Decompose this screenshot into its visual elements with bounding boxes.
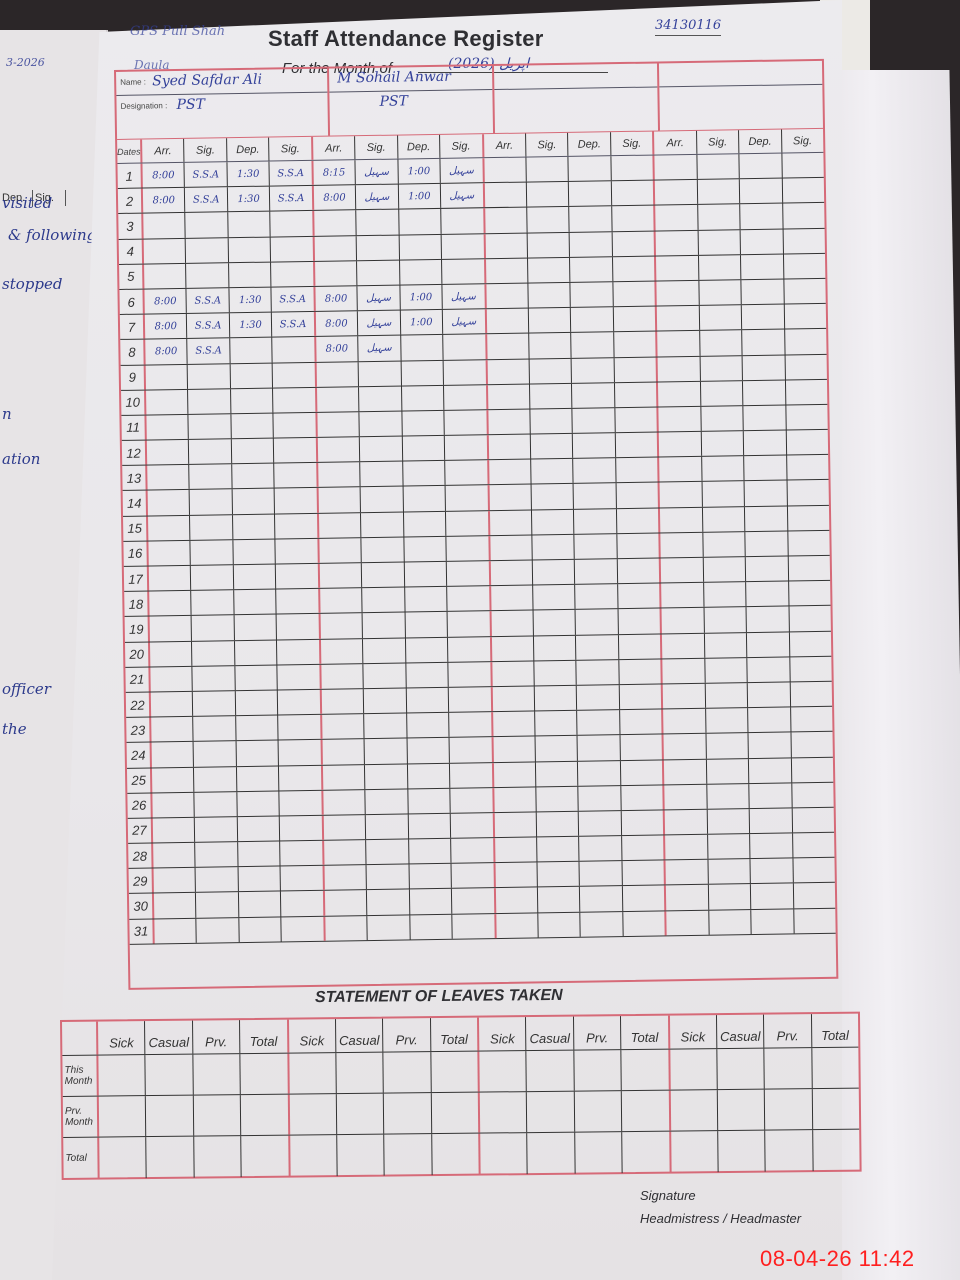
- attendance-cell[interactable]: [747, 607, 790, 632]
- leaves-cell[interactable]: [241, 1095, 288, 1135]
- attendance-cell[interactable]: [528, 258, 571, 283]
- attendance-cell[interactable]: [405, 612, 448, 637]
- attendance-cell[interactable]: [576, 610, 619, 635]
- attendance-cell[interactable]: [366, 789, 409, 814]
- attendance-cell[interactable]: [746, 582, 789, 607]
- attendance-cell[interactable]: [580, 861, 623, 886]
- attendance-cell[interactable]: [791, 707, 833, 732]
- attendance-cell[interactable]: سہیل: [358, 285, 401, 310]
- attendance-cell[interactable]: [620, 684, 662, 709]
- leaves-cell[interactable]: [147, 1137, 195, 1178]
- attendance-cell[interactable]: [622, 810, 664, 835]
- leaves-cell[interactable]: [528, 1133, 576, 1174]
- attendance-cell[interactable]: [238, 867, 281, 892]
- attendance-cell[interactable]: [612, 181, 654, 206]
- attendance-cell[interactable]: [150, 616, 193, 641]
- attendance-cell[interactable]: [665, 810, 708, 835]
- attendance-cell[interactable]: [747, 657, 790, 682]
- attendance-cell[interactable]: [445, 435, 487, 460]
- attendance-cell[interactable]: [665, 835, 708, 860]
- leaves-cell[interactable]: [717, 1049, 765, 1089]
- attendance-cell[interactable]: [698, 205, 741, 230]
- attendance-cell[interactable]: [489, 510, 532, 535]
- attendance-cell[interactable]: [404, 562, 447, 587]
- attendance-cell[interactable]: [666, 885, 709, 910]
- attendance-cell[interactable]: [786, 380, 828, 405]
- attendance-cell[interactable]: [494, 787, 537, 812]
- attendance-cell[interactable]: [749, 733, 792, 758]
- attendance-cell[interactable]: [196, 893, 239, 918]
- attendance-cell[interactable]: [236, 741, 279, 766]
- attendance-cell[interactable]: [403, 486, 446, 511]
- attendance-cell[interactable]: [406, 663, 449, 688]
- attendance-cell[interactable]: [147, 465, 190, 490]
- attendance-cell[interactable]: [143, 213, 186, 238]
- attendance-cell[interactable]: [489, 485, 532, 510]
- attendance-cell[interactable]: [579, 836, 622, 861]
- attendance-cell[interactable]: [274, 438, 316, 463]
- attendance-cell[interactable]: [486, 258, 529, 283]
- attendance-cell[interactable]: [231, 363, 274, 388]
- attendance-cell[interactable]: [616, 433, 658, 458]
- attendance-cell[interactable]: 8:00: [314, 185, 357, 210]
- attendance-cell[interactable]: [323, 815, 366, 840]
- attendance-cell[interactable]: [751, 909, 794, 934]
- attendance-cell[interactable]: [317, 387, 360, 412]
- attendance-cell[interactable]: [447, 586, 489, 611]
- attendance-cell[interactable]: [623, 911, 665, 936]
- attendance-cell[interactable]: [403, 461, 446, 486]
- attendance-cell[interactable]: [740, 204, 783, 229]
- attendance-cell[interactable]: [489, 460, 532, 485]
- attendance-cell[interactable]: [197, 918, 240, 943]
- attendance-cell[interactable]: [367, 865, 410, 890]
- attendance-cell[interactable]: [622, 836, 664, 861]
- attendance-cell[interactable]: [490, 535, 533, 560]
- attendance-cell[interactable]: [495, 838, 538, 863]
- attendance-cell[interactable]: [533, 560, 576, 585]
- attendance-cell[interactable]: [623, 886, 665, 911]
- attendance-cell[interactable]: [538, 887, 581, 912]
- attendance-cell[interactable]: [194, 741, 237, 766]
- attendance-cell[interactable]: [662, 633, 705, 658]
- attendance-cell[interactable]: [146, 364, 189, 389]
- attendance-cell[interactable]: [448, 662, 490, 687]
- attendance-cell[interactable]: [360, 462, 403, 487]
- leaves-cell[interactable]: [575, 1132, 623, 1173]
- attendance-cell[interactable]: [450, 737, 492, 762]
- attendance-cell[interactable]: [575, 534, 618, 559]
- attendance-cell[interactable]: [190, 515, 233, 540]
- attendance-cell[interactable]: [704, 608, 747, 633]
- attendance-cell[interactable]: [237, 791, 280, 816]
- attendance-cell[interactable]: [151, 717, 194, 742]
- attendance-cell[interactable]: [239, 892, 282, 917]
- attendance-cell[interactable]: [742, 330, 785, 355]
- attendance-cell[interactable]: [620, 735, 662, 760]
- attendance-cell[interactable]: [192, 616, 235, 641]
- attendance-cell[interactable]: [281, 891, 323, 916]
- attendance-cell[interactable]: [276, 589, 318, 614]
- attendance-cell[interactable]: [745, 506, 788, 531]
- attendance-cell[interactable]: [271, 211, 313, 236]
- attendance-cell[interactable]: [148, 541, 191, 566]
- attendance-cell[interactable]: [273, 362, 315, 387]
- attendance-cell[interactable]: [231, 413, 274, 438]
- attendance-cell[interactable]: [569, 156, 612, 181]
- attendance-cell[interactable]: 8:00: [145, 339, 188, 364]
- attendance-cell[interactable]: 8:00: [315, 286, 358, 311]
- attendance-cell[interactable]: [236, 716, 279, 741]
- attendance-cell[interactable]: [148, 515, 191, 540]
- attendance-cell[interactable]: S.S.A: [185, 187, 228, 212]
- attendance-cell[interactable]: 8:00: [142, 163, 185, 188]
- attendance-cell[interactable]: [571, 307, 614, 332]
- attendance-cell[interactable]: [362, 537, 405, 562]
- leaves-cell[interactable]: [765, 1048, 813, 1088]
- attendance-cell[interactable]: [237, 766, 280, 791]
- attendance-cell[interactable]: [360, 437, 403, 462]
- leaves-cell[interactable]: [622, 1091, 669, 1131]
- attendance-cell[interactable]: [188, 364, 231, 389]
- attendance-cell[interactable]: [791, 732, 833, 757]
- attendance-cell[interactable]: [655, 155, 698, 180]
- attendance-cell[interactable]: 1:00: [400, 310, 443, 335]
- attendance-cell[interactable]: [574, 458, 617, 483]
- attendance-cell[interactable]: [533, 585, 576, 610]
- attendance-cell[interactable]: [536, 761, 579, 786]
- attendance-cell[interactable]: 8:15: [313, 160, 356, 185]
- attendance-cell[interactable]: [537, 862, 580, 887]
- attendance-cell[interactable]: [359, 386, 402, 411]
- attendance-cell[interactable]: [660, 507, 703, 532]
- attendance-cell[interactable]: [365, 764, 408, 789]
- attendance-cell[interactable]: [619, 634, 661, 659]
- attendance-cell[interactable]: [229, 237, 272, 262]
- attendance-cell[interactable]: [407, 738, 450, 763]
- attendance-cell[interactable]: [745, 481, 788, 506]
- attendance-cell[interactable]: [188, 389, 231, 414]
- attendance-cell[interactable]: [275, 463, 317, 488]
- attendance-cell[interactable]: [147, 440, 190, 465]
- attendance-cell[interactable]: [278, 715, 320, 740]
- leaves-cell[interactable]: [718, 1131, 766, 1172]
- attendance-cell[interactable]: [366, 840, 409, 865]
- leaves-cell[interactable]: [384, 1052, 432, 1092]
- attendance-cell[interactable]: [614, 332, 656, 357]
- attendance-cell[interactable]: [573, 408, 616, 433]
- attendance-cell[interactable]: [666, 860, 709, 885]
- attendance-cell[interactable]: [658, 356, 701, 381]
- attendance-cell[interactable]: [361, 512, 404, 537]
- attendance-cell[interactable]: [408, 814, 451, 839]
- leaves-cell[interactable]: [241, 1136, 288, 1177]
- attendance-cell[interactable]: [570, 257, 613, 282]
- attendance-cell[interactable]: [193, 666, 236, 691]
- attendance-cell[interactable]: [705, 633, 748, 658]
- attendance-cell[interactable]: [581, 912, 624, 937]
- attendance-cell[interactable]: 1:00: [398, 159, 441, 184]
- attendance-cell[interactable]: [572, 358, 615, 383]
- attendance-cell[interactable]: [622, 861, 664, 886]
- attendance-cell[interactable]: [621, 785, 663, 810]
- attendance-cell[interactable]: [323, 790, 366, 815]
- leaves-cell[interactable]: [575, 1091, 623, 1131]
- attendance-cell[interactable]: [657, 331, 700, 356]
- attendance-cell[interactable]: [446, 486, 488, 511]
- attendance-cell[interactable]: S.S.A: [270, 161, 312, 186]
- attendance-cell[interactable]: 8:00: [316, 311, 359, 336]
- leaves-cell[interactable]: [99, 1096, 147, 1136]
- attendance-cell[interactable]: [574, 484, 617, 509]
- attendance-cell[interactable]: [657, 281, 700, 306]
- attendance-cell[interactable]: [325, 891, 368, 916]
- attendance-cell[interactable]: [484, 158, 527, 183]
- attendance-cell[interactable]: [149, 566, 192, 591]
- attendance-cell[interactable]: [611, 156, 653, 181]
- attendance-cell[interactable]: [663, 659, 706, 684]
- attendance-cell[interactable]: [794, 908, 836, 933]
- attendance-cell[interactable]: [740, 154, 783, 179]
- attendance-cell[interactable]: [532, 535, 575, 560]
- attendance-cell[interactable]: 8:00: [145, 314, 188, 339]
- attendance-cell[interactable]: [706, 733, 749, 758]
- attendance-cell[interactable]: [239, 917, 282, 942]
- attendance-cell[interactable]: [495, 863, 538, 888]
- attendance-cell[interactable]: [535, 686, 578, 711]
- attendance-cell[interactable]: [703, 532, 746, 557]
- attendance-cell[interactable]: [451, 838, 493, 863]
- attendance-cell[interactable]: [448, 612, 490, 637]
- attendance-cell[interactable]: [616, 483, 658, 508]
- attendance-cell[interactable]: [708, 859, 751, 884]
- attendance-cell[interactable]: [359, 361, 402, 386]
- attendance-cell[interactable]: [530, 384, 573, 409]
- attendance-cell[interactable]: [577, 710, 620, 735]
- attendance-cell[interactable]: [323, 765, 366, 790]
- attendance-cell[interactable]: [447, 561, 489, 586]
- attendance-cell[interactable]: [665, 784, 708, 809]
- attendance-cell[interactable]: [150, 641, 193, 666]
- attendance-cell[interactable]: [190, 464, 233, 489]
- attendance-cell[interactable]: [275, 488, 317, 513]
- attendance-cell[interactable]: [449, 712, 491, 737]
- leaves-cell[interactable]: [812, 1089, 859, 1129]
- attendance-cell[interactable]: [751, 884, 794, 909]
- attendance-cell[interactable]: [196, 867, 239, 892]
- attendance-cell[interactable]: [363, 638, 406, 663]
- attendance-cell[interactable]: [659, 457, 702, 482]
- attendance-cell[interactable]: [316, 362, 359, 387]
- attendance-cell[interactable]: [399, 209, 442, 234]
- attendance-cell[interactable]: [154, 918, 197, 943]
- attendance-cell[interactable]: [271, 262, 313, 287]
- attendance-cell[interactable]: سہیل: [356, 185, 399, 210]
- attendance-cell[interactable]: سہیل: [358, 311, 401, 336]
- attendance-cell[interactable]: [789, 606, 831, 631]
- attendance-cell[interactable]: [750, 833, 793, 858]
- attendance-cell[interactable]: [153, 843, 196, 868]
- attendance-cell[interactable]: [612, 231, 654, 256]
- attendance-cell[interactable]: [572, 332, 615, 357]
- leaves-cell[interactable]: [289, 1094, 337, 1134]
- attendance-cell[interactable]: [191, 540, 234, 565]
- attendance-cell[interactable]: [443, 335, 485, 360]
- attendance-cell[interactable]: [793, 833, 835, 858]
- attendance-cell[interactable]: [657, 306, 700, 331]
- attendance-cell[interactable]: [577, 660, 620, 685]
- attendance-cell[interactable]: [783, 203, 825, 228]
- attendance-cell[interactable]: [231, 388, 274, 413]
- attendance-cell[interactable]: [186, 263, 229, 288]
- attendance-cell[interactable]: [664, 734, 707, 759]
- leaves-cell[interactable]: [336, 1053, 384, 1093]
- attendance-cell[interactable]: [617, 533, 659, 558]
- attendance-cell[interactable]: [277, 639, 319, 664]
- attendance-cell[interactable]: [702, 456, 745, 481]
- attendance-cell[interactable]: S.S.A: [188, 339, 231, 364]
- attendance-cell[interactable]: [744, 431, 787, 456]
- attendance-cell[interactable]: [744, 456, 787, 481]
- attendance-cell[interactable]: [409, 864, 452, 889]
- attendance-cell[interactable]: [699, 305, 742, 330]
- attendance-cell[interactable]: [487, 359, 530, 384]
- attendance-cell[interactable]: [488, 409, 531, 434]
- attendance-cell[interactable]: [792, 808, 834, 833]
- attendance-cell[interactable]: [319, 538, 362, 563]
- attendance-cell[interactable]: [491, 636, 534, 661]
- attendance-cell[interactable]: [709, 910, 752, 935]
- attendance-cell[interactable]: [230, 338, 273, 363]
- leaves-cell[interactable]: [337, 1094, 385, 1134]
- attendance-cell[interactable]: [530, 409, 573, 434]
- attendance-cell[interactable]: [538, 912, 581, 937]
- leaves-cell[interactable]: [146, 1055, 194, 1095]
- attendance-cell[interactable]: [366, 814, 409, 839]
- attendance-cell[interactable]: [402, 436, 445, 461]
- attendance-cell[interactable]: [234, 590, 277, 615]
- attendance-cell[interactable]: [491, 586, 534, 611]
- attendance-cell[interactable]: [782, 178, 824, 203]
- attendance-cell[interactable]: [786, 405, 828, 430]
- attendance-cell[interactable]: [663, 684, 706, 709]
- attendance-cell[interactable]: [320, 563, 363, 588]
- attendance-cell[interactable]: [573, 433, 616, 458]
- attendance-cell[interactable]: [451, 813, 493, 838]
- attendance-cell[interactable]: [700, 330, 743, 355]
- leaves-cell[interactable]: [99, 1137, 147, 1178]
- attendance-cell[interactable]: [281, 866, 323, 891]
- attendance-cell[interactable]: [189, 414, 232, 439]
- attendance-cell[interactable]: [707, 809, 750, 834]
- attendance-cell[interactable]: [487, 384, 530, 409]
- attendance-cell[interactable]: [531, 434, 574, 459]
- attendance-cell[interactable]: [152, 767, 195, 792]
- leaves-cell[interactable]: [622, 1132, 669, 1173]
- attendance-cell[interactable]: [619, 659, 661, 684]
- attendance-cell[interactable]: [319, 513, 362, 538]
- attendance-cell[interactable]: [742, 305, 785, 330]
- attendance-cell[interactable]: [658, 382, 701, 407]
- attendance-cell[interactable]: [697, 154, 740, 179]
- leaves-cell[interactable]: [337, 1135, 385, 1176]
- attendance-cell[interactable]: [194, 767, 237, 792]
- attendance-cell[interactable]: [788, 531, 830, 556]
- leaves-cell[interactable]: [671, 1131, 719, 1172]
- attendance-cell[interactable]: [324, 840, 367, 865]
- leaves-cell[interactable]: [812, 1048, 859, 1088]
- attendance-cell[interactable]: [790, 682, 832, 707]
- leaves-cell[interactable]: [240, 1054, 287, 1094]
- attendance-cell[interactable]: [444, 360, 486, 385]
- attendance-cell[interactable]: [749, 783, 792, 808]
- attendance-cell[interactable]: سہیل: [356, 160, 399, 185]
- leaves-cell[interactable]: [431, 1052, 478, 1092]
- attendance-cell[interactable]: [150, 667, 193, 692]
- leaves-cell[interactable]: [194, 1136, 242, 1177]
- attendance-cell[interactable]: [493, 762, 536, 787]
- attendance-cell[interactable]: [322, 714, 365, 739]
- attendance-cell[interactable]: [528, 283, 571, 308]
- attendance-cell[interactable]: [488, 435, 531, 460]
- attendance-cell[interactable]: [238, 842, 281, 867]
- attendance-cell[interactable]: [578, 735, 621, 760]
- attendance-cell[interactable]: [787, 455, 829, 480]
- attendance-cell[interactable]: [320, 588, 363, 613]
- attendance-cell[interactable]: [495, 888, 538, 913]
- attendance-cell[interactable]: [614, 357, 656, 382]
- leaves-cell[interactable]: [718, 1090, 766, 1130]
- attendance-cell[interactable]: [322, 739, 365, 764]
- attendance-cell[interactable]: [578, 761, 621, 786]
- attendance-cell[interactable]: [656, 230, 699, 255]
- attendance-cell[interactable]: [784, 279, 826, 304]
- attendance-cell[interactable]: [192, 590, 235, 615]
- leaves-cell[interactable]: [670, 1090, 718, 1130]
- attendance-cell[interactable]: [492, 661, 535, 686]
- attendance-cell[interactable]: [487, 334, 530, 359]
- attendance-cell[interactable]: [785, 354, 827, 379]
- attendance-cell[interactable]: [364, 714, 407, 739]
- attendance-cell[interactable]: S.S.A: [272, 312, 314, 337]
- attendance-cell[interactable]: S.S.A: [187, 288, 230, 313]
- attendance-cell[interactable]: [530, 358, 573, 383]
- attendance-cell[interactable]: [360, 411, 403, 436]
- attendance-cell[interactable]: [402, 411, 445, 436]
- attendance-cell[interactable]: [191, 565, 234, 590]
- attendance-cell[interactable]: [529, 308, 572, 333]
- attendance-cell[interactable]: [364, 688, 407, 713]
- attendance-cell[interactable]: [574, 509, 617, 534]
- attendance-cell[interactable]: [570, 207, 613, 232]
- attendance-cell[interactable]: [401, 335, 444, 360]
- attendance-cell[interactable]: سہیل: [358, 336, 401, 361]
- attendance-cell[interactable]: [325, 916, 368, 941]
- leaves-cell[interactable]: [765, 1130, 813, 1171]
- attendance-cell[interactable]: [702, 482, 745, 507]
- attendance-cell[interactable]: [280, 791, 322, 816]
- attendance-cell[interactable]: [661, 583, 704, 608]
- attendance-cell[interactable]: [655, 180, 698, 205]
- attendance-cell[interactable]: [580, 887, 623, 912]
- leaves-cell[interactable]: [384, 1134, 432, 1175]
- attendance-cell[interactable]: [534, 661, 577, 686]
- leaves-cell[interactable]: [432, 1134, 479, 1175]
- attendance-cell[interactable]: [362, 562, 405, 587]
- attendance-cell[interactable]: 8:00: [144, 289, 187, 314]
- attendance-cell[interactable]: [621, 760, 663, 785]
- attendance-cell[interactable]: [278, 665, 320, 690]
